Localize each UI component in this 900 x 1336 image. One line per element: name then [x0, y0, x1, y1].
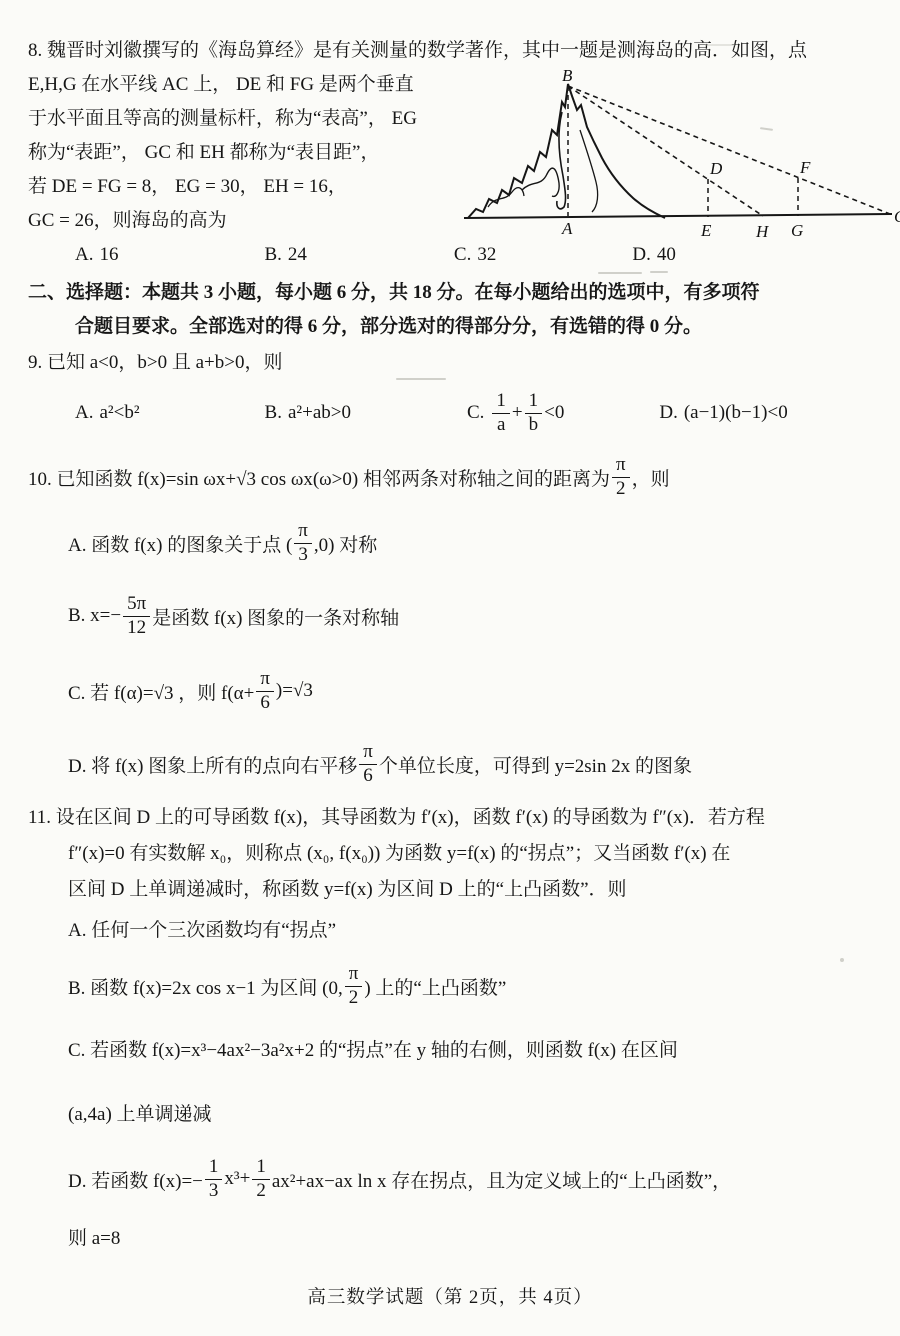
q10-stem-frac: π 2 — [612, 455, 630, 500]
q11-option-d-frac-2-num: 1 — [252, 1157, 270, 1180]
question-11: 11. 设在区间 D 上的可导函数 f(x)，其导函数为 f′(x)，函数 f′… — [28, 800, 880, 1256]
q10-option-b-post: 是函数 f(x) 图象的一条对称轴 — [152, 603, 399, 630]
q8-option-a-label: A. — [75, 244, 93, 266]
q8-option-b-value: 24 — [288, 244, 307, 266]
q9-option-c-plus: + — [512, 402, 523, 424]
q8-option-a: A. 16 — [75, 244, 118, 266]
q10-option-b-frac: 5π 12 — [123, 594, 150, 639]
q8-option-b-label: B. — [264, 244, 281, 266]
q9-option-a-label: A. — [75, 402, 93, 424]
q10-stem: 10. 已知函数 f(x)=sin ωx+√3 cos ωx(ω>0) 相邻两条… — [28, 446, 880, 508]
q10-option-a: A. 函数 f(x) 的图象关于点 ( π 3 ,0) 对称 — [28, 508, 880, 578]
q11-option-b-frac-den: 2 — [345, 987, 363, 1009]
q10-option-b-pre: B. x=− — [68, 605, 121, 627]
q10-option-b-frac-num: 5π — [123, 594, 150, 617]
q8-line-6: GC = 26，则海岛的高为 — [28, 204, 468, 238]
q11-option-c-line-1: C. 若函数 f(x)=x³−4ax²−3a²x+2 的“拐点”在 y 轴的右侧… — [28, 1034, 880, 1068]
q8-line-4: 称为“表距”， GC 和 EH 都称为“表目距”， — [28, 136, 468, 170]
figure-label-d: D — [709, 159, 723, 178]
q9-option-b: B. a²+ab>0 — [265, 402, 351, 424]
mountain-contour-3 — [488, 188, 524, 207]
q9-options: A. a²<b² B. a²+ab>0 C. 1 a + 1 b <0 — [28, 380, 880, 446]
q11-option-d-post: ax²+ax−ax ln x 存在拐点，且为定义域上的“上凸函数”， — [272, 1166, 731, 1193]
q11-option-c-line-2: (a,4a) 上单调递减 — [28, 1098, 880, 1132]
figure-label-e: E — [700, 221, 712, 240]
q11-stem-line-1: 11. 设在区间 D 上的可导函数 f(x)，其导函数为 f′(x)，函数 f′… — [28, 800, 880, 836]
scan-artifact — [650, 271, 668, 273]
figure-label-h: H — [755, 222, 770, 241]
q9-option-b-label: B. — [265, 402, 282, 424]
q9-option-c-post: <0 — [544, 402, 564, 424]
island-figure-svg: B A D F E H G C — [460, 70, 900, 248]
q9-option-c-frac-2-num: 1 — [525, 391, 543, 414]
q9-option-c-label: C. — [467, 402, 484, 424]
q8-line-2: E,H,G 在水平线 AC 上， DE 和 FG 是两个垂直 — [28, 68, 468, 102]
question-8: 8. 魏晋时刘徽撰写的《海岛算经》是有关测量的数学著作，其中一题是测海岛的高．如… — [28, 34, 880, 266]
q9-option-a-text: a²<b² — [99, 402, 139, 424]
q10-option-c-pre: C. 若 f(α)=√3 ，则 f(α+ — [68, 678, 254, 705]
figure-label-c: C — [894, 207, 900, 226]
q10-stem-pre: 10. 已知函数 f(x)=sin ωx+√3 cos ωx(ω>0) 相邻两条… — [28, 464, 610, 491]
q10-option-c-frac: π 6 — [256, 669, 274, 714]
q9-option-a: A. a²<b² — [75, 402, 140, 424]
q11-option-d-frac-2-den: 2 — [252, 1180, 270, 1202]
q9-option-d-label: D. — [659, 402, 677, 424]
q11-option-d-frac-1-den: 3 — [205, 1180, 223, 1202]
q9-stem: 9. 已知 a<0，b>0 且 a+b>0，则 — [28, 346, 880, 380]
q10-option-c-post: )=√3 — [276, 680, 313, 702]
q10-option-c-frac-num: π — [256, 669, 274, 692]
exam-page: 8. 魏晋时刘徽撰写的《海岛算经》是有关测量的数学著作，其中一题是测海岛的高．如… — [0, 0, 900, 1336]
q11-option-d-mid: x³+ — [224, 1168, 250, 1190]
q10-stem-frac-den: 2 — [612, 478, 630, 500]
scan-artifact — [598, 272, 642, 274]
q9-option-d-text: (a−1)(b−1)<0 — [684, 402, 788, 424]
q10-option-b: B. x=− 5π 12 是函数 f(x) 图象的一条对称轴 — [28, 578, 880, 654]
scan-artifact — [840, 958, 844, 962]
q10-option-a-frac-den: 3 — [294, 544, 312, 566]
question-10: 10. 已知函数 f(x)=sin ωx+√3 cos ωx(ω>0) 相邻两条… — [28, 446, 880, 800]
q8-option-a-value: 16 — [99, 244, 118, 266]
figure-label-g: G — [791, 221, 803, 240]
island-survey-figure: B A D F E H G C — [460, 70, 900, 248]
q10-option-b-frac-den: 12 — [123, 617, 150, 639]
q10-option-d: D. 将 f(x) 图象上所有的点向右平移 π 6 个单位长度，可得到 y=2s… — [28, 728, 880, 800]
q8-line-5: 若 DE = FG = 8， EG = 30， EH = 16， — [28, 170, 468, 204]
q11-option-d: D. 若函数 f(x)=− 1 3 x³+ 1 2 ax²+ax−ax ln x… — [28, 1138, 880, 1220]
q11-option-b-frac: π 2 — [345, 964, 363, 1009]
q9-option-c: C. 1 a + 1 b <0 — [467, 391, 564, 436]
scan-artifact — [705, 44, 735, 46]
q11-option-b-post: ) 上的“上凸函数” — [364, 973, 506, 1000]
q9-option-c-frac-1-num: 1 — [492, 391, 510, 414]
page-footer: 高三数学试题（第 2页，共 4页） — [0, 1283, 900, 1309]
section-2-header-line-2: 合题目要求。全部选对的得 6 分，部分选对的得部分分，有选错的得 0 分。 — [28, 310, 880, 344]
q8-option-b: B. 24 — [264, 244, 306, 266]
section-2-header: 二、选择题：本题共 3 小题，每小题 6 分，共 18 分。在每小题给出的选项中… — [28, 276, 880, 344]
mountain-contour-2 — [522, 168, 559, 196]
q10-option-d-frac-num: π — [359, 742, 377, 765]
question-9: 9. 已知 a<0，b>0 且 a+b>0，则 A. a²<b² B. a²+a… — [28, 346, 880, 446]
scan-artifact — [396, 378, 446, 380]
figure-label-f: F — [799, 158, 811, 177]
q10-option-d-frac-den: 6 — [359, 765, 377, 787]
q10-stem-frac-num: π — [612, 455, 630, 478]
q11-option-d-frac-1-num: 1 — [205, 1157, 223, 1180]
q11-option-d-line-2: 则 a=8 — [28, 1222, 880, 1256]
q10-stem-post: ，则 — [632, 464, 670, 491]
q10-option-a-frac-num: π — [294, 521, 312, 544]
q10-option-c: C. 若 f(α)=√3 ，则 f(α+ π 6 )=√3 — [28, 654, 880, 728]
q11-option-b: B. 函数 f(x)=2x cos x−1 为区间 (0, π 2 ) 上的“上… — [28, 948, 880, 1024]
baseline-ac — [464, 214, 892, 218]
mountain-outline — [468, 84, 665, 218]
q10-option-d-post: 个单位长度，可得到 y=2sin 2x 的图象 — [379, 751, 692, 778]
q10-option-d-pre: D. 将 f(x) 图象上所有的点向右平移 — [68, 751, 357, 778]
q10-option-a-pre: A. 函数 f(x) 的图象关于点 ( — [68, 530, 292, 557]
q11-option-a: A. 任何一个三次函数均有“拐点” — [28, 914, 880, 948]
q11-option-b-frac-num: π — [345, 964, 363, 987]
q11-stem-line-2: f″(x)=0 有实数解 x₀，则称点 (x₀, f(x₀)) 为函数 y=f(… — [28, 836, 880, 872]
q11-option-d-pre: D. 若函数 f(x)=− — [68, 1166, 203, 1193]
q11-option-b-pre: B. 函数 f(x)=2x cos x−1 为区间 (0, — [68, 973, 343, 1000]
figure-label-b: B — [562, 70, 573, 85]
q11-stem-line-3: 区间 D 上单调递减时，称函数 y=f(x) 为区间 D 上的“上凸函数”．则 — [28, 872, 880, 908]
q9-option-b-text: a²+ab>0 — [288, 402, 351, 424]
q9-option-c-frac-1: 1 a — [492, 391, 510, 436]
section-2-header-line-1: 二、选择题：本题共 3 小题，每小题 6 分，共 18 分。在每小题给出的选项中… — [28, 276, 880, 310]
q11-option-d-frac-2: 1 2 — [252, 1157, 270, 1202]
q9-option-c-frac-2: 1 b — [525, 391, 543, 436]
q9-option-c-frac-2-den: b — [525, 414, 543, 436]
q10-option-d-frac: π 6 — [359, 742, 377, 787]
q8-line-3: 于水平面且等高的测量标杆，称为“表高”， EG — [28, 102, 468, 136]
q9-option-d: D. (a−1)(b−1)<0 — [659, 402, 787, 424]
q10-option-c-frac-den: 6 — [256, 692, 274, 714]
q10-option-a-frac: π 3 — [294, 521, 312, 566]
q10-option-a-post: ,0) 对称 — [314, 530, 377, 557]
sight-line-bc — [568, 86, 890, 214]
q9-option-c-frac-1-den: a — [492, 414, 510, 436]
figure-label-a: A — [561, 219, 573, 238]
q11-option-d-frac-1: 1 3 — [205, 1157, 223, 1202]
q8-line-1: 8. 魏晋时刘徽撰写的《海岛算经》是有关测量的数学著作，其中一题是测海岛的高．如… — [28, 34, 880, 68]
